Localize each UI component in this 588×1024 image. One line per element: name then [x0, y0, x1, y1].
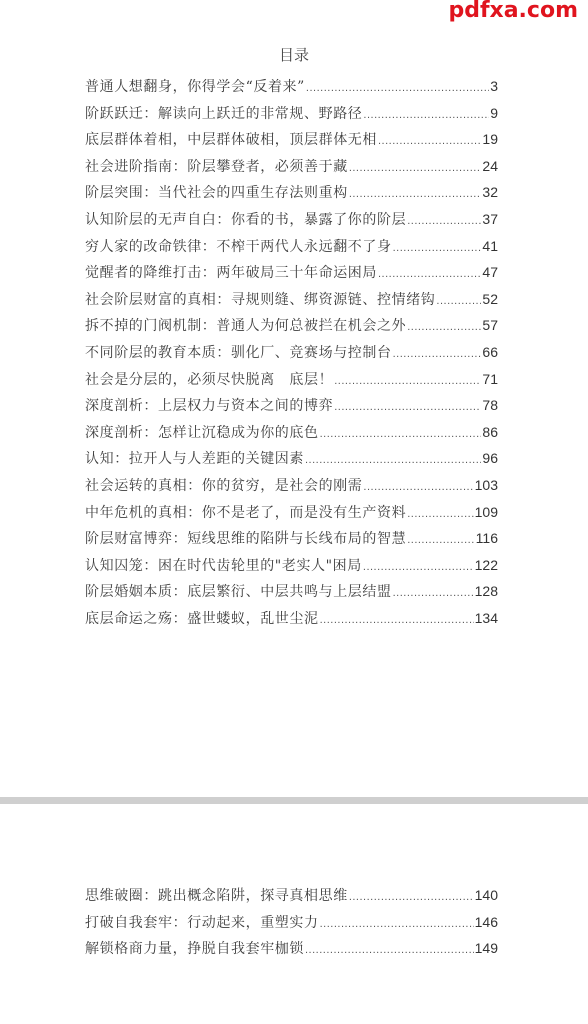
toc-entry-title: 解锁格商力量，挣脱自我套牢枷锁 [85, 936, 304, 963]
toc-entry[interactable]: 普通人想翻身，你得学会“反着来” 3 [85, 73, 498, 100]
toc-entry[interactable]: 不同阶层的教育本质：驯化厂、竞赛场与控制台 66 [85, 339, 498, 366]
toc-entry-title: 深度剖析：怎样让沉稳成为你的底色 [85, 420, 319, 447]
toc-entry[interactable]: 思维破圈：跳出概念陷阱，探寻真相思维 140 [85, 882, 498, 909]
toc-entry-page: 24 [482, 153, 498, 180]
table-of-contents: 普通人想翻身，你得学会“反着来” 3 阶跃跃迁：解读向上跃迁的非常规、野路径 9… [85, 73, 498, 631]
dot-leader [306, 75, 489, 102]
toc-entry-title: 社会进阶指南：阶层攀登者，必须善于藏 [85, 154, 348, 181]
dot-leader [334, 394, 481, 421]
dot-leader [378, 128, 481, 155]
toc-entry-title: 拆不掉的门阀机制：普通人为何总被拦在机会之外 [85, 313, 406, 340]
dot-leader [393, 235, 482, 262]
dot-leader [363, 474, 473, 501]
toc-entry-page: 66 [482, 339, 498, 366]
dot-leader [334, 368, 481, 395]
toc-entry-page: 41 [482, 233, 498, 260]
toc-entry[interactable]: 社会运转的真相：你的贫穷，是社会的刚需 103 [85, 472, 498, 499]
toc-entry[interactable]: 阶层突围：当代社会的四重生存法则重构 32 [85, 179, 498, 206]
dot-leader [393, 580, 474, 607]
dot-leader [436, 288, 481, 315]
dot-leader [320, 421, 482, 448]
dot-leader [349, 155, 482, 182]
toc-entry-title: 打破自我套牢：行动起来，重塑实力 [85, 910, 319, 937]
document-page-1: 目录 普通人想翻身，你得学会“反着来” 3 阶跃跃迁：解读向上跃迁的非常规、野路… [0, 0, 588, 797]
toc-entry-page: 122 [475, 552, 498, 579]
toc-entry-title: 底层命运之殇：盛世蝼蚁，乱世尘泥 [85, 606, 319, 633]
dot-leader [305, 937, 474, 964]
toc-entry-page: 3 [490, 73, 498, 100]
toc-entry-page: 32 [482, 179, 498, 206]
toc-entry-page: 71 [482, 366, 498, 393]
toc-entry[interactable]: 认知：拉开人与人差距的关键因素 96 [85, 445, 498, 472]
dot-leader [349, 181, 482, 208]
toc-entry-title: 不同阶层的教育本质：驯化厂、竞赛场与控制台 [85, 340, 392, 367]
toc-entry-title: 社会运转的真相：你的贫穷，是社会的刚需 [85, 473, 362, 500]
dot-leader [320, 607, 474, 634]
toc-entry-title: 阶层婚姻本质：底层繁衍、中层共鸣与上层结盟 [85, 579, 392, 606]
toc-entry-title: 穷人家的改命铁律：不榨干两代人永远翻不了身 [85, 234, 392, 261]
toc-entry-page: 37 [482, 206, 498, 233]
toc-entry-page: 134 [475, 605, 498, 632]
dot-leader [407, 314, 481, 341]
toc-entry[interactable]: 社会是分层的，必须尽快脱离 底层！ 71 [85, 366, 498, 393]
toc-entry-title: 阶跃跃迁：解读向上跃迁的非常规、野路径 [85, 101, 362, 128]
toc-entry-title: 中年危机的真相：你不是老了，而是没有生产资料 [85, 500, 406, 527]
toc-entry[interactable]: 阶层财富博弈：短线思维的陷阱与长线布局的智慧 116 [85, 525, 498, 552]
toc-entry[interactable]: 打破自我套牢：行动起来，重塑实力 146 [85, 909, 498, 936]
dot-leader [320, 911, 474, 938]
toc-entry-title: 阶层财富博弈：短线思维的陷阱与长线布局的智慧 [85, 526, 406, 553]
toc-entry-page: 116 [476, 525, 498, 552]
toc-entry-page: 78 [482, 392, 498, 419]
toc-entry-page: 128 [475, 578, 498, 605]
toc-entry[interactable]: 社会进阶指南：阶层攀登者，必须善于藏 24 [85, 153, 498, 180]
toc-entry[interactable]: 社会阶层财富的真相：寻规则缝、绑资源链、控情绪钩 52 [85, 286, 498, 313]
toc-entry-page: 57 [482, 312, 498, 339]
toc-entry-title: 底层群体着相，中层群体破相，顶层群体无相 [85, 127, 377, 154]
toc-entry[interactable]: 阶跃跃迁：解读向上跃迁的非常规、野路径 9 [85, 100, 498, 127]
dot-leader [378, 261, 481, 288]
dot-leader [407, 527, 474, 554]
toc-entry[interactable]: 中年危机的真相：你不是老了，而是没有生产资料 109 [85, 499, 498, 526]
dot-leader [349, 884, 474, 911]
dot-leader [407, 501, 473, 528]
dot-leader [305, 447, 481, 474]
toc-entry-title: 认知：拉开人与人差距的关键因素 [85, 446, 304, 473]
toc-entry-title: 认知囚笼：困在时代齿轮里的"老实人"困局 [85, 553, 362, 580]
toc-entry-title: 阶层突围：当代社会的四重生存法则重构 [85, 180, 348, 207]
toc-entry[interactable]: 穷人家的改命铁律：不榨干两代人永远翻不了身 41 [85, 233, 498, 260]
toc-entry[interactable]: 拆不掉的门阀机制：普通人为何总被拦在机会之外 57 [85, 312, 498, 339]
toc-entry[interactable]: 底层命运之殇：盛世蝼蚁，乱世尘泥 134 [85, 605, 498, 632]
toc-entry-page: 9 [490, 100, 498, 127]
watermark-logo: pdfxa.com [448, 0, 578, 23]
toc-entry-title: 深度剖析：上层权力与资本之间的博弈 [85, 393, 333, 420]
toc-entry[interactable]: 深度剖析：怎样让沉稳成为你的底色 86 [85, 419, 498, 446]
toc-entry-title: 社会是分层的，必须尽快脱离 底层！ [85, 367, 333, 394]
toc-entry[interactable]: 认知囚笼：困在时代齿轮里的"老实人"困局 122 [85, 552, 498, 579]
toc-entry-page: 86 [482, 419, 498, 446]
toc-entry-page: 96 [482, 445, 498, 472]
dot-leader [393, 341, 482, 368]
page-separator [0, 797, 588, 804]
toc-entry-title: 思维破圈：跳出概念陷阱，探寻真相思维 [85, 883, 348, 910]
toc-entry-title: 普通人想翻身，你得学会“反着来” [85, 74, 305, 101]
toc-entry-page: 146 [475, 909, 498, 936]
toc-entry-page: 140 [475, 882, 498, 909]
toc-entry-page: 19 [482, 126, 498, 153]
toc-entry-title: 觉醒者的降维打击：两年破局三十年命运困局 [85, 260, 377, 287]
dot-leader [363, 554, 474, 581]
document-page-2: 思维破圈：跳出概念陷阱，探寻真相思维 140 打破自我套牢：行动起来，重塑实力 … [0, 804, 588, 1024]
toc-entry-page: 47 [482, 259, 498, 286]
dot-leader [363, 102, 489, 129]
toc-entry[interactable]: 底层群体着相，中层群体破相，顶层群体无相 19 [85, 126, 498, 153]
toc-entry-title: 认知阶层的无声自白：你看的书，暴露了你的阶层 [85, 207, 406, 234]
toc-entry-page: 103 [475, 472, 498, 499]
toc-heading: 目录 [0, 44, 588, 65]
toc-entry-title: 社会阶层财富的真相：寻规则缝、绑资源链、控情绪钩 [85, 287, 435, 314]
toc-entry-page: 109 [475, 499, 498, 526]
toc-entry[interactable]: 阶层婚姻本质：底层繁衍、中层共鸣与上层结盟 128 [85, 578, 498, 605]
table-of-contents-continued: 思维破圈：跳出概念陷阱，探寻真相思维 140 打破自我套牢：行动起来，重塑实力 … [85, 882, 498, 962]
toc-entry-page: 149 [475, 935, 498, 962]
toc-entry[interactable]: 觉醒者的降维打击：两年破局三十年命运困局 47 [85, 259, 498, 286]
toc-entry[interactable]: 深度剖析：上层权力与资本之间的博弈 78 [85, 392, 498, 419]
toc-entry[interactable]: 认知阶层的无声自白：你看的书，暴露了你的阶层 37 [85, 206, 498, 233]
toc-entry-page: 52 [482, 286, 498, 313]
toc-entry[interactable]: 解锁格商力量，挣脱自我套牢枷锁 149 [85, 935, 498, 962]
dot-leader [407, 208, 481, 235]
